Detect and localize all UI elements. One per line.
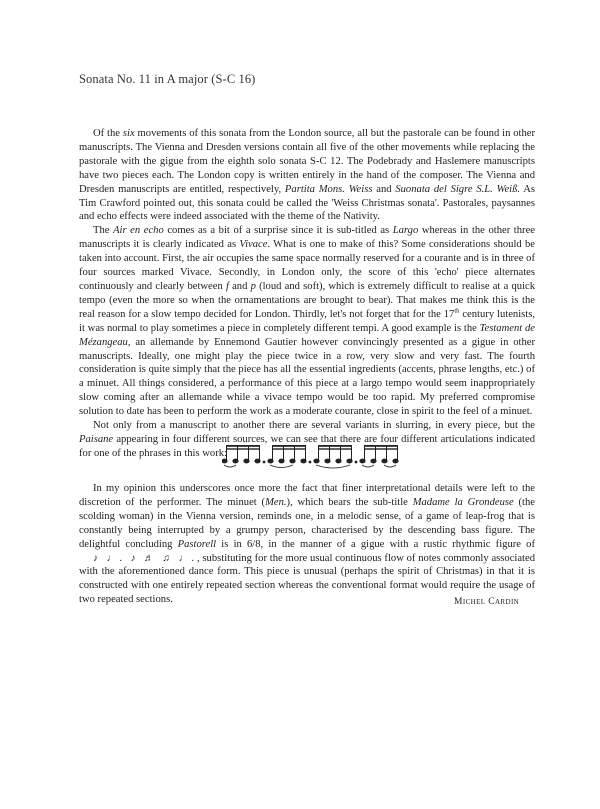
author-signature: Michel Cardin xyxy=(454,597,519,607)
paragraph: Of the six movements of this sonata from… xyxy=(79,127,535,224)
note-group-1 xyxy=(222,445,265,467)
body-text-part-1: Of the six movements of this sonata from… xyxy=(79,127,535,461)
paragraph: The Air en echo comes as a bit of a surp… xyxy=(79,224,535,419)
body-text-part-2: In my opinion this underscores once more… xyxy=(79,482,535,607)
paragraph: In my opinion this underscores once more… xyxy=(79,482,535,607)
note-group-2 xyxy=(268,445,311,468)
music-example-articulations xyxy=(222,442,406,470)
note-group-3 xyxy=(314,445,357,468)
rhythm-figure: ♪ ♩. ♪ ♬ ♫ ♩. xyxy=(79,552,197,566)
page-title: Sonata No. 11 in A major (S-C 16) xyxy=(79,72,255,87)
note-group-4 xyxy=(360,445,398,467)
